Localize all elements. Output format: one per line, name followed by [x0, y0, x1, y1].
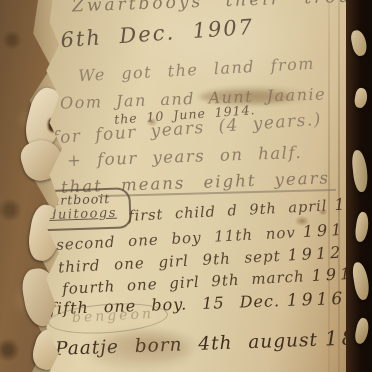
diary-page: Zwartbooys their trouwd 16th Dec. 1907 W…	[40, 0, 356, 372]
handwriting-partial-top-line: Zwartbooys their trouwd	[72, 0, 372, 16]
name-box-line2: duitoogs	[48, 206, 117, 223]
child-record-year: 1912	[287, 243, 345, 265]
handwriting-date-line: 16th Dec. 1907	[44, 15, 254, 54]
paper-stain	[90, 333, 190, 367]
handwriting-land-line1: We got the land from	[78, 54, 316, 85]
child-record-text: first child d 9th april	[128, 198, 328, 224]
child-record-year: 1916	[287, 289, 347, 311]
ink-smudge	[200, 90, 292, 104]
page-crease	[338, 0, 340, 372]
handwriting-land-line5: + four years on half.	[67, 143, 303, 170]
photo-of-diary-page: Zwartbooys their trouwd 16th Dec. 1907 W…	[0, 0, 372, 372]
